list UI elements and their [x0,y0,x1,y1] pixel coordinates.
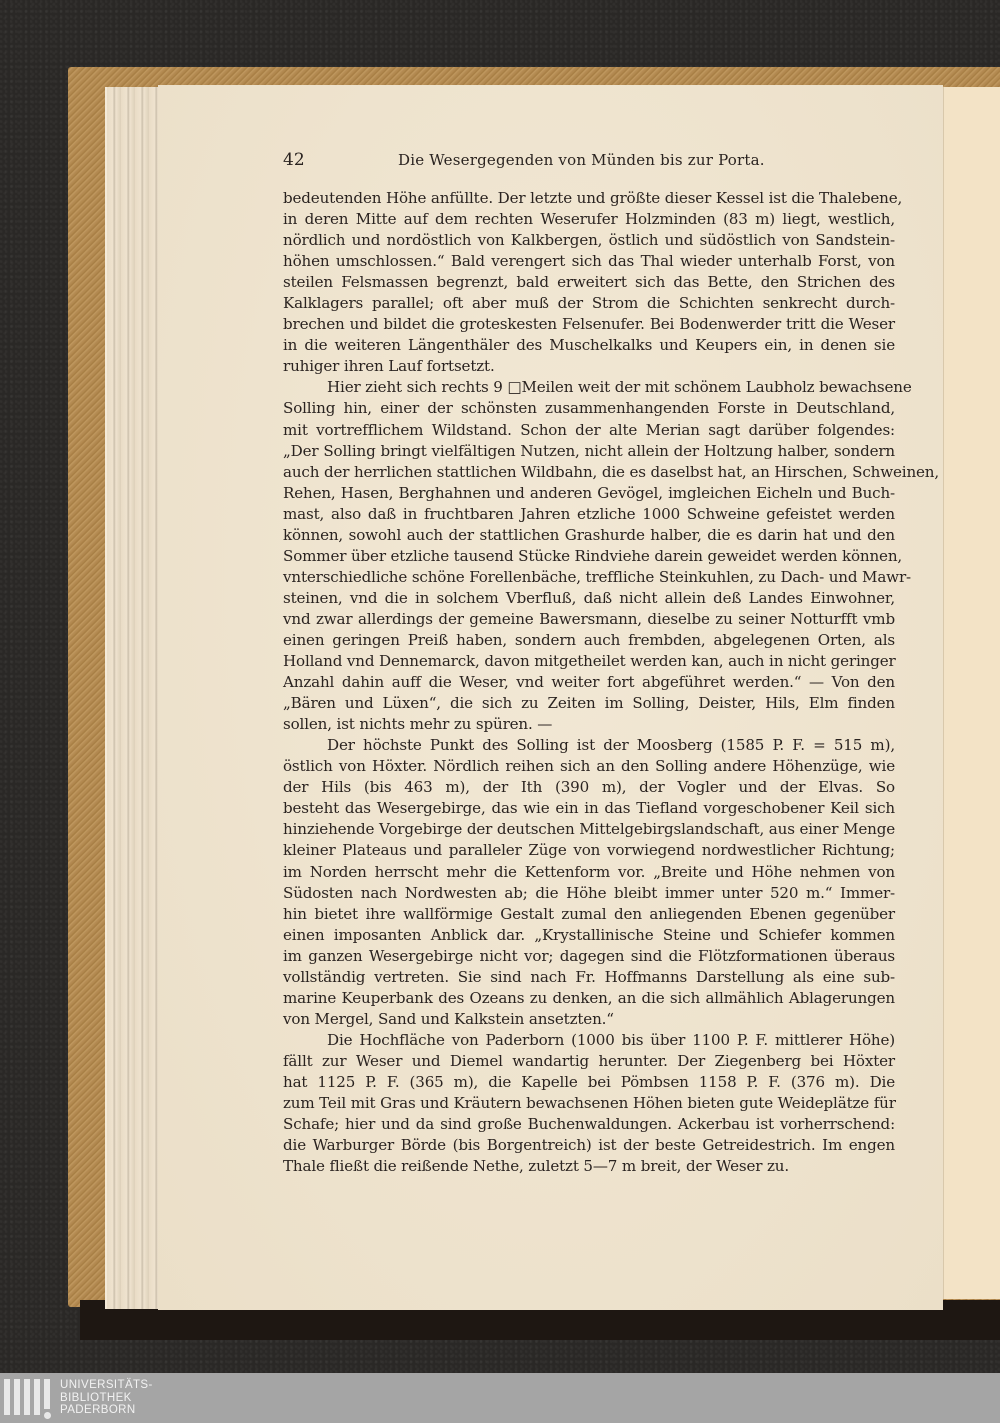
text-line: vnd zwar allerdings der gemeine Bawersma… [283,609,895,630]
text-line: Die Hochfläche von Paderborn (1000 bis ü… [283,1030,895,1051]
text-line: von Mergel, Sand und Kalkstein ansetzten… [283,1009,895,1030]
text-line: Der höchste Punkt des Solling ist der Mo… [283,735,895,756]
logo-line-2: BIBLIOTHEK [60,1392,153,1405]
logo-line-3: PADERBORN [60,1404,153,1417]
text-line: in die weiteren Längenthäler des Muschel… [283,335,895,356]
text-line: Hier zieht sich rechts 9 □Meilen weit de… [283,377,895,398]
library-logo: UNIVERSITÄTS- BIBLIOTHEK PADERBORN [4,1379,153,1417]
text-line: „Der Solling bringt vielfältigen Nutzen,… [283,441,895,462]
text-line: vnterschiedliche schöne Forellenbäche, t… [283,567,895,588]
text-line: Rehen, Hasen, Berghahnen und anderen Gev… [283,483,895,504]
text-line: im Norden herrscht mehr die Kettenform v… [283,862,895,883]
text-line: sollen, ist nichts mehr zu spüren. — [283,714,895,735]
text-line: einen geringen Preiß haben, sondern auch… [283,630,895,651]
text-line: „Bären und Lüxen“, die sich zu Zeiten im… [283,693,895,714]
text-line: höhen umschlossen.“ Bald verengert sich … [283,251,895,272]
logo-line-1: UNIVERSITÄTS- [60,1379,153,1392]
text-line: hin bietet ihre wallförmige Gestalt zuma… [283,904,895,925]
text-line: besteht das Wesergebirge, das wie ein in… [283,798,895,819]
logo-bars-icon [4,1379,50,1415]
text-line: Sommer über etzliche tausend Stücke Rind… [283,546,895,567]
text-line: hinziehende Vorgebirge der deutschen Mit… [283,819,895,840]
text-line: östlich von Höxter. Nördlich reihen sich… [283,756,895,777]
text-line: steilen Felsmassen begrenzt, bald erweit… [283,272,895,293]
running-head-title: Die Wesergegenden von Münden bis zur Por… [398,151,765,169]
text-line: vollständig vertreten. Sie sind nach Fr.… [283,967,895,988]
text-line: hat 1125 P. F. (365 m), die Kapelle bei … [283,1072,895,1093]
text-line: einen imposanten Anblick dar. „Krystalli… [283,925,895,946]
page-edges [105,87,162,1309]
text-line: mit vortrefflichem Wildstand. Schon der … [283,420,895,441]
paragraph-4: Die Hochfläche von Paderborn (1000 bis ü… [283,1030,895,1177]
text-line: im ganzen Wesergebirge nicht vor; dagege… [283,946,895,967]
text-line: nördlich und nordöstlich von Kalkbergen,… [283,230,895,251]
text-line: steinen, vnd die in solchem Vberfluß, da… [283,588,895,609]
text-line: zum Teil mit Gras und Kräutern bewachsen… [283,1093,895,1114]
text-line: ruhiger ihren Lauf fortsetzt. [283,356,895,377]
text-line: Kalklagers parallel; oft aber muß der St… [283,293,895,314]
text-line: können, sowohl auch der stattlichen Gras… [283,525,895,546]
text-line: bedeutenden Höhe anfüllte. Der letzte un… [283,188,895,209]
library-name: UNIVERSITÄTS- BIBLIOTHEK PADERBORN [60,1379,153,1417]
paragraph-3: Der höchste Punkt des Solling ist der Mo… [283,735,895,1030]
text-line: brechen und bildet die groteskesten Fels… [283,314,895,335]
text-line: Anzahl dahin auff die Weser, vnd weiter … [283,672,895,693]
page-number: 42 [283,150,398,170]
text-line: Südosten nach Nordwesten ab; die Höhe bl… [283,883,895,904]
text-line: marine Keuperbank des Ozeans zu denken, … [283,988,895,1009]
text-line: Solling hin, einer der schönsten zusamme… [283,398,895,419]
text-line: kleiner Plateaus und paralleler Züge von… [283,840,895,861]
text-line: in deren Mitte auf dem rechten Weserufer… [283,209,895,230]
text-line: mast, also daß in fruchtbaren Jahren etz… [283,504,895,525]
text-line: der Hils (bis 463 m), der Ith (390 m), d… [283,777,895,798]
text-line: Holland vnd Dennemarck, davon mitgetheil… [283,651,895,672]
text-line: auch der herrlichen stattlichen Wildbahn… [283,462,895,483]
running-head: 42 Die Wesergegenden von Münden bis zur … [283,150,895,178]
paragraph-2: Hier zieht sich rechts 9 □Meilen weit de… [283,377,895,735]
text-line: Thale fließt die reißende Nethe, zuletzt… [283,1156,895,1177]
text-line: Schafe; hier und da sind große Buchenwal… [283,1114,895,1135]
paragraph-1: bedeutenden Höhe anfüllte. Der letzte un… [283,188,895,377]
library-footer: UNIVERSITÄTS- BIBLIOTHEK PADERBORN [0,1373,1000,1423]
text-line: die Warburger Börde (bis Borgentreich) i… [283,1135,895,1156]
text-line: fällt zur Weser und Diemel wandartig her… [283,1051,895,1072]
page-text: 42 Die Wesergegenden von Münden bis zur … [283,150,895,1177]
facing-page-edge [943,87,1000,1299]
